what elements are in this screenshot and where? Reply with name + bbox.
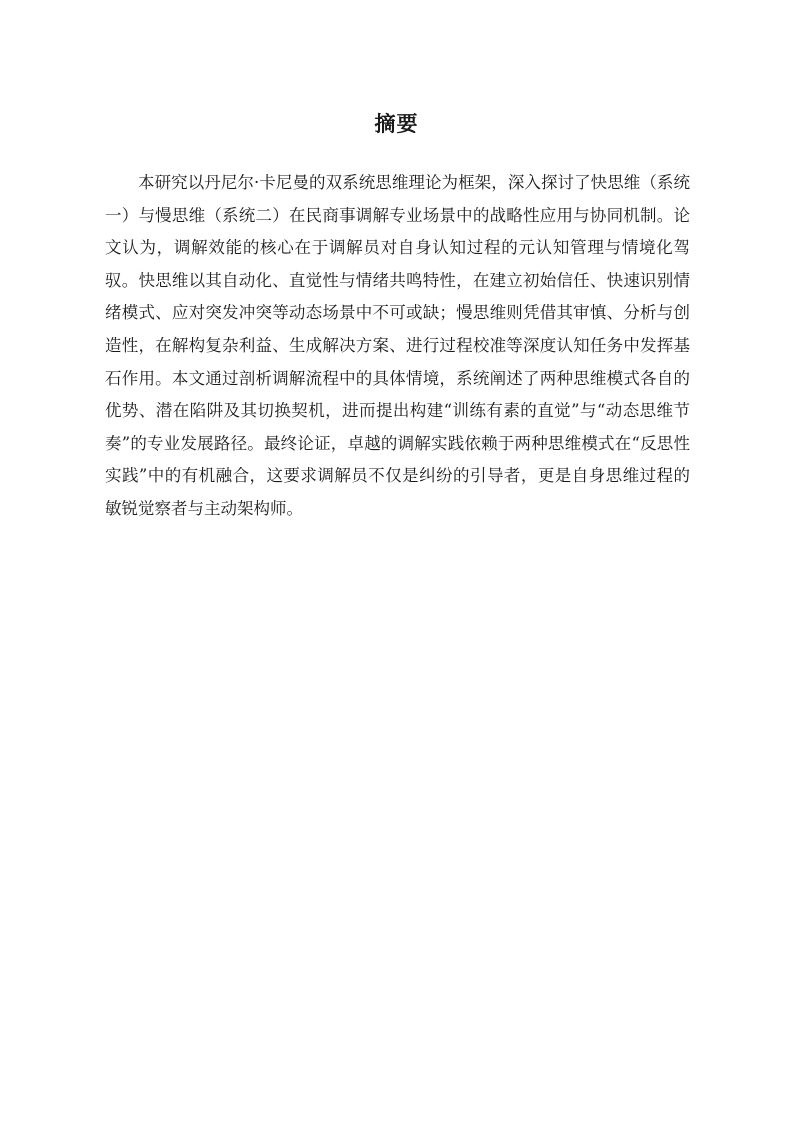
abstract-title: 摘要 xyxy=(0,111,793,136)
document-page: 摘要 本研究以丹尼尔·卡尼曼的双系统思维理论为框架，深入探讨了快思维（系统一）与… xyxy=(0,0,793,1122)
abstract-paragraph: 本研究以丹尼尔·卡尼曼的双系统思维理论为框架，深入探讨了快思维（系统一）与慢思维… xyxy=(105,167,690,526)
